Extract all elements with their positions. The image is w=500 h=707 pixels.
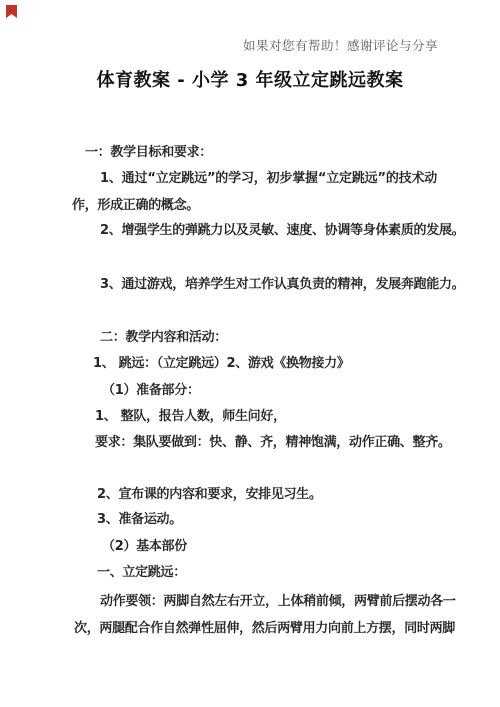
doc-line: （1）准备部分： — [102, 382, 200, 399]
red-bookmark-icon — [6, 5, 17, 18]
doc-line: 3、通过游戏，培养学生对工作认真负责的精神，发展奔跑能力。 — [100, 276, 464, 293]
page-title: 体育教案 - 小学 3 年级立定跳远教案 — [0, 66, 500, 92]
document-page: 如果对您有帮助！感谢评论与分享 体育教案 - 小学 3 年级立定跳远教案 一：教… — [0, 0, 500, 707]
doc-line: 一：教学目标和要求： — [85, 144, 212, 161]
doc-line: 要求：集队要做到：快、静、齐，精神饱满，动作正确、整齐。 — [95, 434, 451, 451]
doc-line: 作，形成正确的概念。 — [72, 197, 199, 214]
doc-line: 1、 跳远：（立定跳远）2、游戏《换物接力》 — [93, 355, 350, 372]
doc-line: 一、立定跳远： — [97, 564, 186, 581]
doc-line: 1、通过“立定跳远”的学习，初步掌握“立定跳远”的技术动 — [100, 170, 437, 187]
doc-line: 二：教学内容和活动： — [100, 329, 227, 346]
doc-line: 1、 整队，报告人数，师生问好， — [95, 408, 286, 425]
header-note: 如果对您有帮助！感谢评论与分享 — [243, 36, 438, 54]
doc-line: 动作要领：两脚自然左右开立，上体稍前倾，两臂前后摆动各一 — [100, 593, 456, 610]
doc-line: 2、宣布课的内容和要求，安排见习生。 — [97, 486, 322, 503]
doc-line: （2）基本部份 — [102, 538, 187, 555]
doc-line: 2、增强学生的弹跳力以及灵敏、速度、协调等身体素质的发展。 — [100, 222, 464, 239]
doc-line: 3、准备运动。 — [97, 511, 182, 528]
doc-line: 次，两腿配合作自然弹性屈伸，然后两臂用力向前上方摆，同时两脚 — [74, 620, 455, 637]
